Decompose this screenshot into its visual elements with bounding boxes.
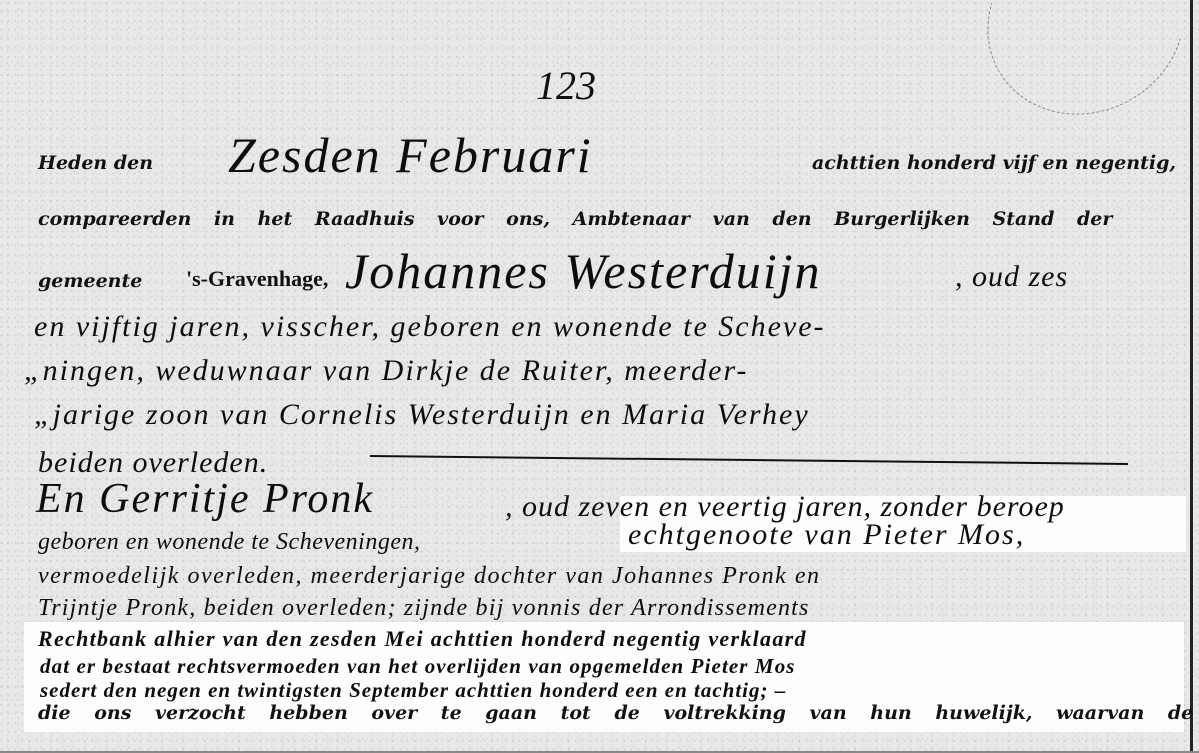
handwritten-text: dat er bestaat rechtsvermoeden van het o… [40,654,796,678]
handwritten-text: en vijftig jaren, visscher, geboren en w… [34,310,826,343]
stamp-arc [953,0,1199,150]
record-line-8-bride-name: En Gerritje Pronk [36,478,374,520]
handwritten-text: , oud zes [955,260,1068,293]
handwritten-text: sedert den negen en twintigsten Septembe… [40,678,786,702]
record-line-14: sedert den negen en twintigsten Septembe… [40,680,786,701]
handwritten-text: Trijntje Pronk, beiden overleden; zijnde… [38,595,810,621]
record-line-2: compareerden in het Raadhuis voor ons, A… [38,210,1112,229]
printed-text: gemeente [38,270,142,292]
handwritten-text: vermoedelijk overleden, meerderjarige do… [38,563,820,589]
handwritten-text: Rechtbank alhier van den zesden Mei acht… [38,626,807,651]
scanned-page: 123 Heden den Zesden Februari achttien h… [0,0,1199,753]
page-edge-right [1190,0,1193,753]
record-line-11: Trijntje Pronk, beiden overleden; zijnde… [38,596,810,620]
record-line-1-year: achttien honderd vijf en negentig, [812,154,1176,173]
record-line-15: die ons verzocht hebben over te gaan tot… [38,704,1193,723]
record-line-13: dat er bestaat rechtsvermoeden van het o… [40,656,796,677]
record-line-10: vermoedelijk overleden, meerderjarige do… [38,564,820,588]
printed-text: Heden den [38,152,153,174]
printed-text: die ons verzocht hebben over te gaan tot… [38,702,1193,724]
record-line-3-groom-name: Johannes Westerduijn [345,246,822,296]
handwritten-text: „jarige zoon van Cornelis Westerduijn en… [34,398,810,431]
record-line-3-age: , oud zes [955,262,1068,292]
record-line-9: geboren en wonende te Scheveningen, [38,530,420,554]
printed-text: achttien honderd vijf en negentig, [812,152,1176,174]
handwritten-text: beiden overleden. [38,446,268,479]
page-number: 123 [536,62,596,109]
record-line-1: Heden den [38,154,153,173]
record-line-3: gemeente [38,272,142,291]
closing-rule [370,455,1128,465]
printed-text: compareerden in het Raadhuis voor ons, A… [38,208,1112,230]
bride-name: En Gerritje Pronk [36,476,374,522]
record-line-4: en vijftig jaren, visscher, geboren en w… [34,312,826,342]
record-line-9-spouse: echtgenoote van Pieter Mos, [628,520,1025,550]
groom-name: Johannes Westerduijn [345,243,822,299]
handwritten-text: geboren en wonende te Scheveningen, [38,529,420,555]
record-line-7: beiden overleden. [38,448,268,478]
record-line-3-municipality: 's-Gravenhage, [186,268,328,290]
handwritten-text: Zesden Februari [228,127,593,183]
record-line-6: „jarige zoon van Cornelis Westerduijn en… [34,400,810,430]
record-line-1-date: Zesden Februari [228,130,593,180]
blackletter-text: 's-Gravenhage, [186,266,328,291]
record-line-5: „ningen, weduwnaar van Dirkje de Ruiter,… [24,356,749,386]
record-line-12: Rechtbank alhier van den zesden Mei acht… [38,628,807,650]
handwritten-text: „ningen, weduwnaar van Dirkje de Ruiter,… [24,354,749,387]
handwritten-text: echtgenoote van Pieter Mos, [628,518,1025,551]
